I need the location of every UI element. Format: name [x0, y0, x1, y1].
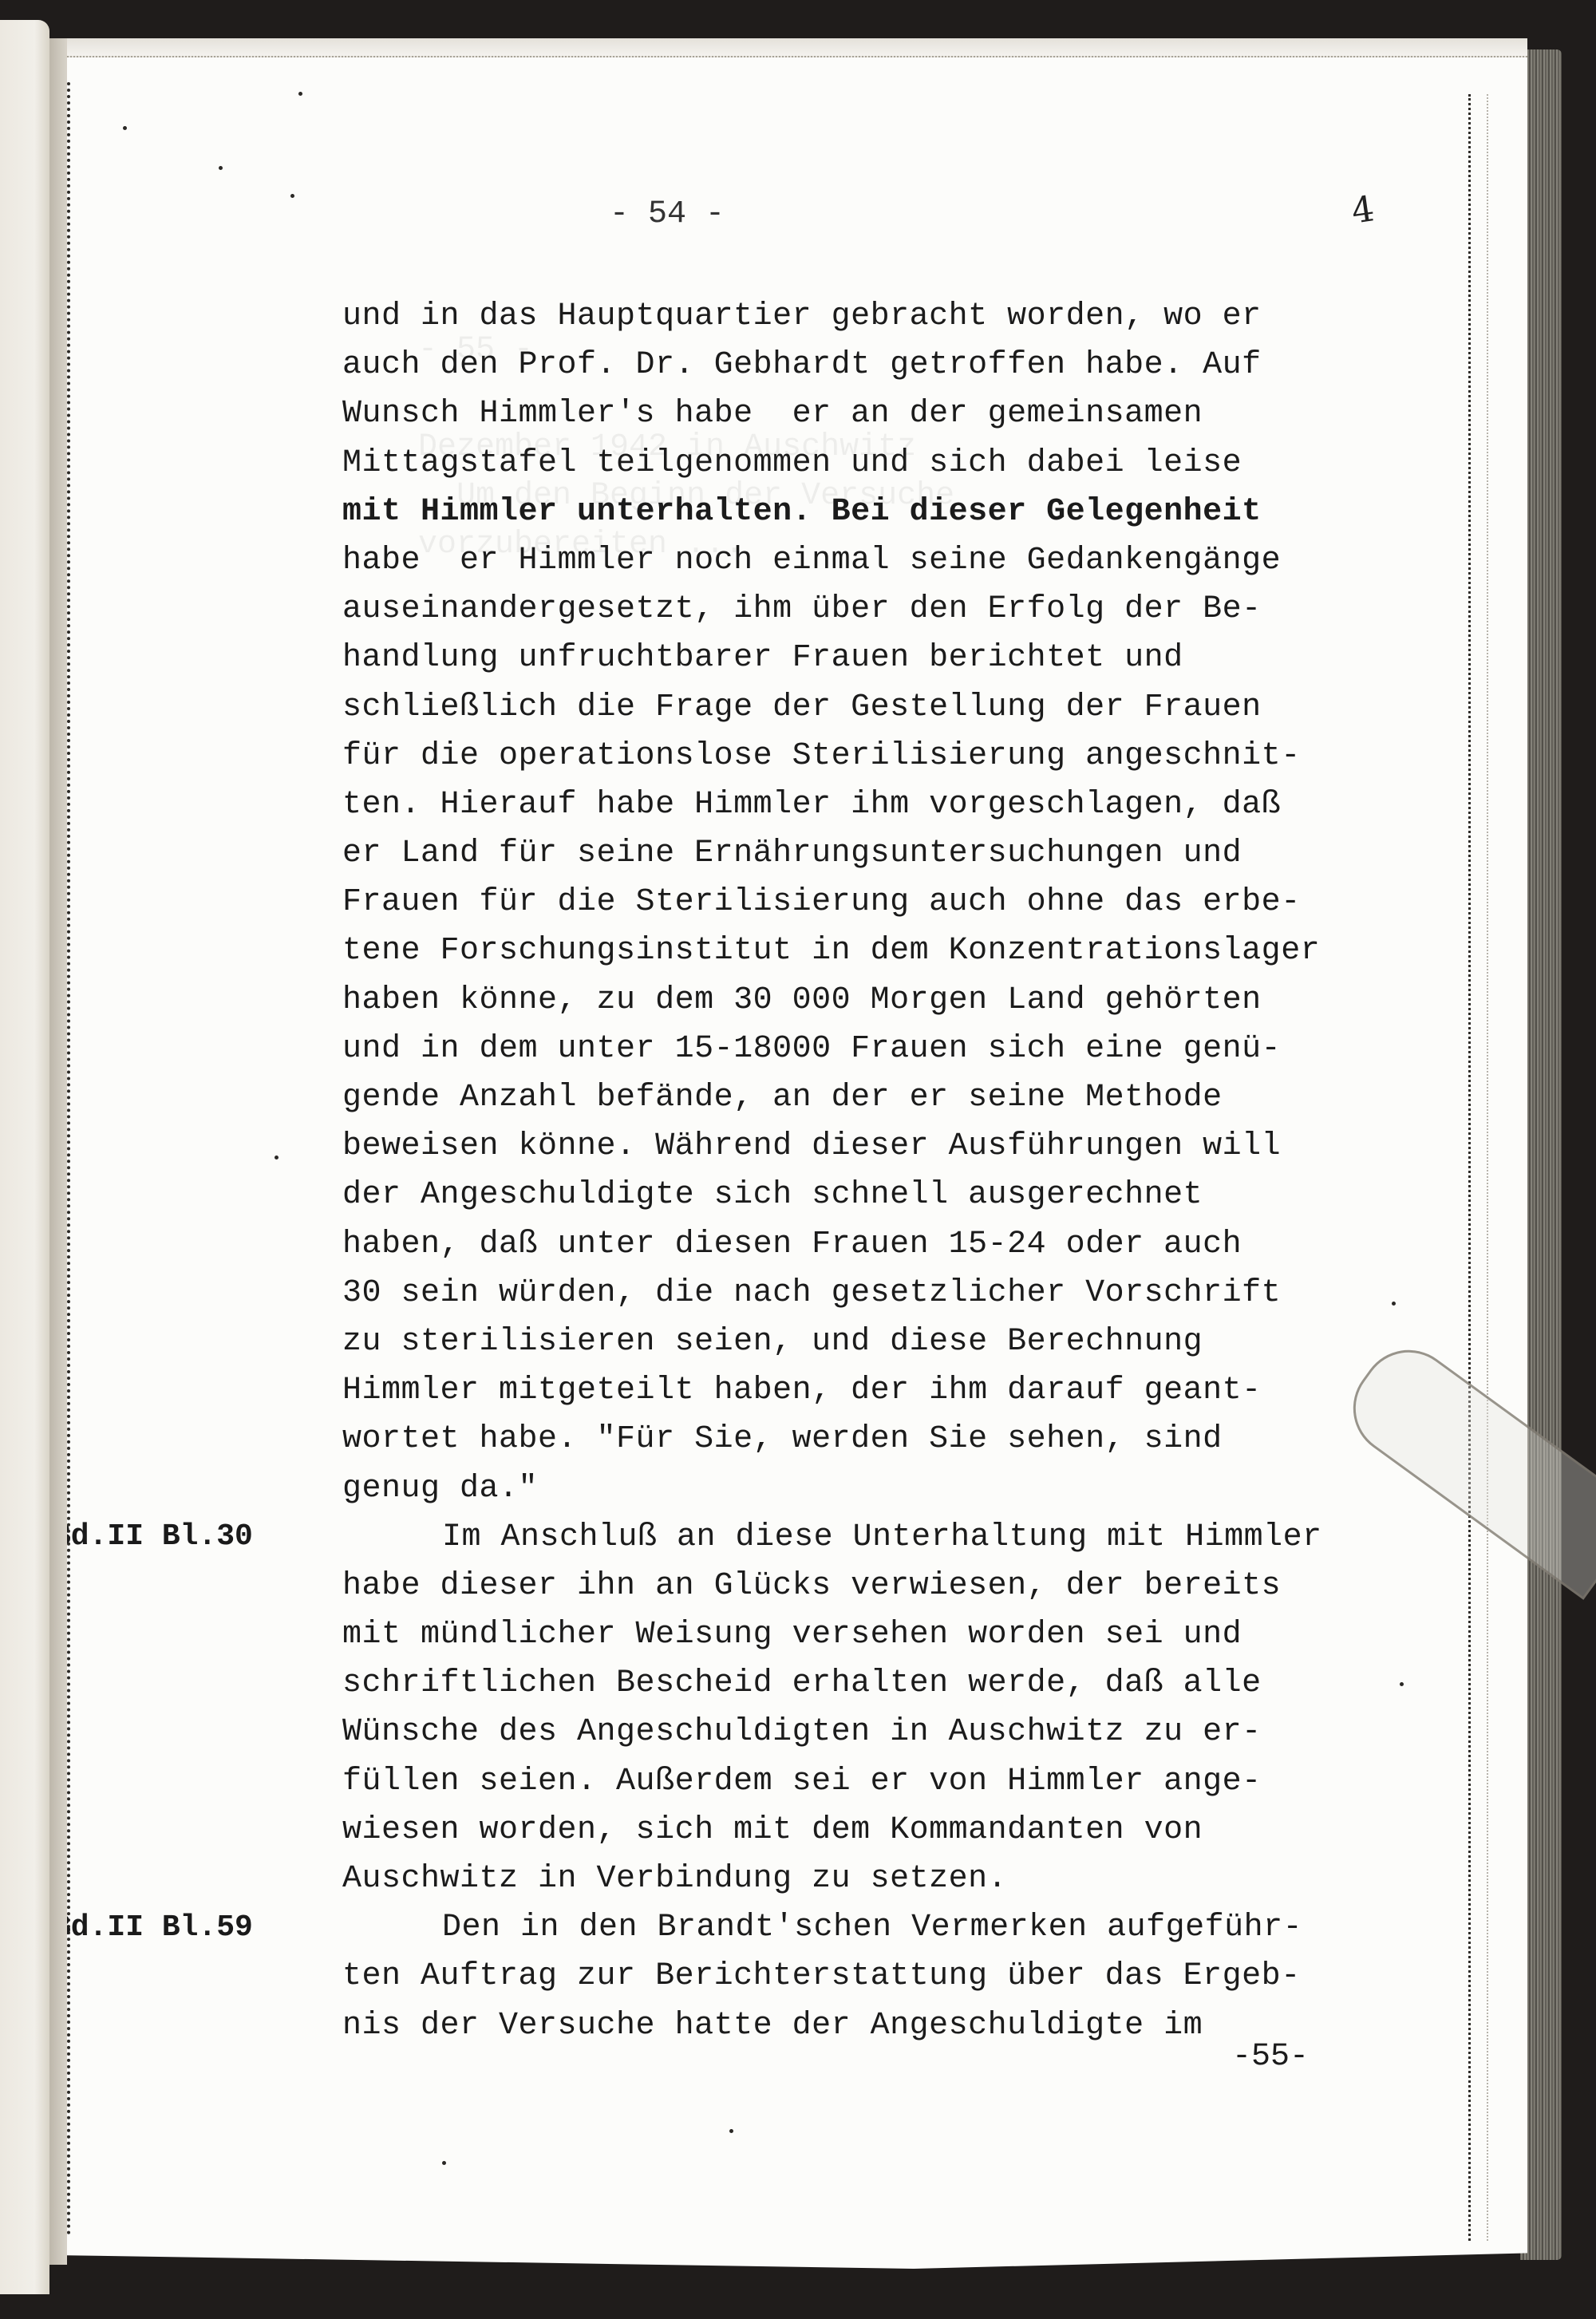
margin-reference-note: Bd.II Bl.59: [53, 1910, 253, 1945]
handwritten-corner-mark: 4: [1349, 188, 1377, 231]
text-line: Himmler mitgeteilt haben, der ihm darauf…: [342, 1366, 1436, 1415]
text-line: Im Anschluß an diese Unterhaltung mit Hi…: [342, 1513, 1436, 1562]
text-line: gende Anzahl befände, an der er seine Me…: [342, 1073, 1436, 1122]
book-gutter: [49, 38, 67, 2265]
text-line: für die operationslose Sterilisierung an…: [342, 732, 1436, 780]
document-page: - 55 - Dezember 1942 in Auschwitz Um den…: [67, 38, 1527, 2269]
text-line: ten Auftrag zur Berichterstattung über d…: [342, 1952, 1436, 2001]
text-line: schriftlichen Bescheid erhalten werde, d…: [342, 1659, 1436, 1708]
page-number-top: - 54 -: [610, 196, 725, 232]
ink-speck: [219, 166, 223, 170]
text-line: Auschwitz in Verbindung zu setzen.: [342, 1855, 1436, 1903]
text-line: habe er Himmler noch einmal seine Gedank…: [342, 536, 1436, 585]
ink-speck: [729, 2129, 733, 2133]
page-number-bottom: -55-: [1232, 2039, 1309, 2075]
text-line: Mittagstafel teilgenommen und sich dabei…: [342, 439, 1436, 488]
text-line: wortet habe. "Für Sie, werden Sie sehen,…: [342, 1415, 1436, 1464]
text-line: handlung unfruchtbarer Frauen berichtet …: [342, 634, 1436, 682]
text-line: haben, daß unter diesen Frauen 15-24 ode…: [342, 1220, 1436, 1269]
text-line: und in das Hauptquartier gebracht worden…: [342, 292, 1436, 341]
facing-page-edge: [0, 20, 49, 2294]
page-top-edge: [67, 38, 1527, 57]
ink-speck: [275, 1156, 279, 1159]
right-margin-rule: [1468, 94, 1473, 2241]
text-line: schließlich die Frage der Gestellung der…: [342, 683, 1436, 732]
text-line: mit mündlicher Weisung versehen worden s…: [342, 1610, 1436, 1659]
text-line: zu sterilisieren seien, und diese Berech…: [342, 1318, 1436, 1366]
text-line: er Land für seine Ernährungsuntersuchung…: [342, 829, 1436, 878]
text-line: Den in den Brandt'schen Vermerken aufgef…: [342, 1903, 1436, 1952]
right-margin-rule-faint: [1487, 94, 1490, 2241]
body-text: und in das Hauptquartier gebracht worden…: [342, 292, 1436, 2050]
text-line: habe dieser ihn an Glücks verwiesen, der…: [342, 1562, 1436, 1610]
text-line: der Angeschuldigte sich schnell ausgerec…: [342, 1171, 1436, 1219]
ink-speck: [298, 92, 302, 96]
text-line: wiesen worden, sich mit dem Kommandanten…: [342, 1806, 1436, 1855]
text-line: beweisen könne. Während dieser Ausführun…: [342, 1122, 1436, 1171]
text-line: füllen seien. Außerdem sei er von Himmle…: [342, 1757, 1436, 1806]
text-line: auseinandergesetzt, ihm über den Erfolg …: [342, 585, 1436, 634]
text-line: Frauen für die Sterilisierung auch ohne …: [342, 878, 1436, 926]
text-line: und in dem unter 15-18000 Frauen sich ei…: [342, 1025, 1436, 1073]
ink-speck: [123, 126, 127, 130]
text-line: Wünsche des Angeschuldigten in Auschwitz…: [342, 1708, 1436, 1756]
ink-speck: [1400, 1682, 1404, 1686]
text-line: auch den Prof. Dr. Gebhardt getroffen ha…: [342, 341, 1436, 389]
text-line: genug da.": [342, 1464, 1436, 1513]
text-line: Wunsch Himmler's habe er an der gemeinsa…: [342, 389, 1436, 438]
ink-speck: [1392, 1302, 1396, 1306]
ink-speck: [442, 2161, 446, 2165]
text-line: ten. Hierauf habe Himmler ihm vorgeschla…: [342, 780, 1436, 829]
margin-reference-note: Bd.II Bl.30: [53, 1519, 253, 1554]
text-line: 30 sein würden, die nach gesetzlicher Vo…: [342, 1269, 1436, 1318]
ink-speck: [290, 194, 294, 198]
text-line: tene Forschungsinstitut in dem Konzentra…: [342, 926, 1436, 975]
text-line: haben könne, zu dem 30 000 Morgen Land g…: [342, 976, 1436, 1025]
text-line: mit Himmler unterhalten. Bei dieser Gele…: [342, 488, 1436, 536]
